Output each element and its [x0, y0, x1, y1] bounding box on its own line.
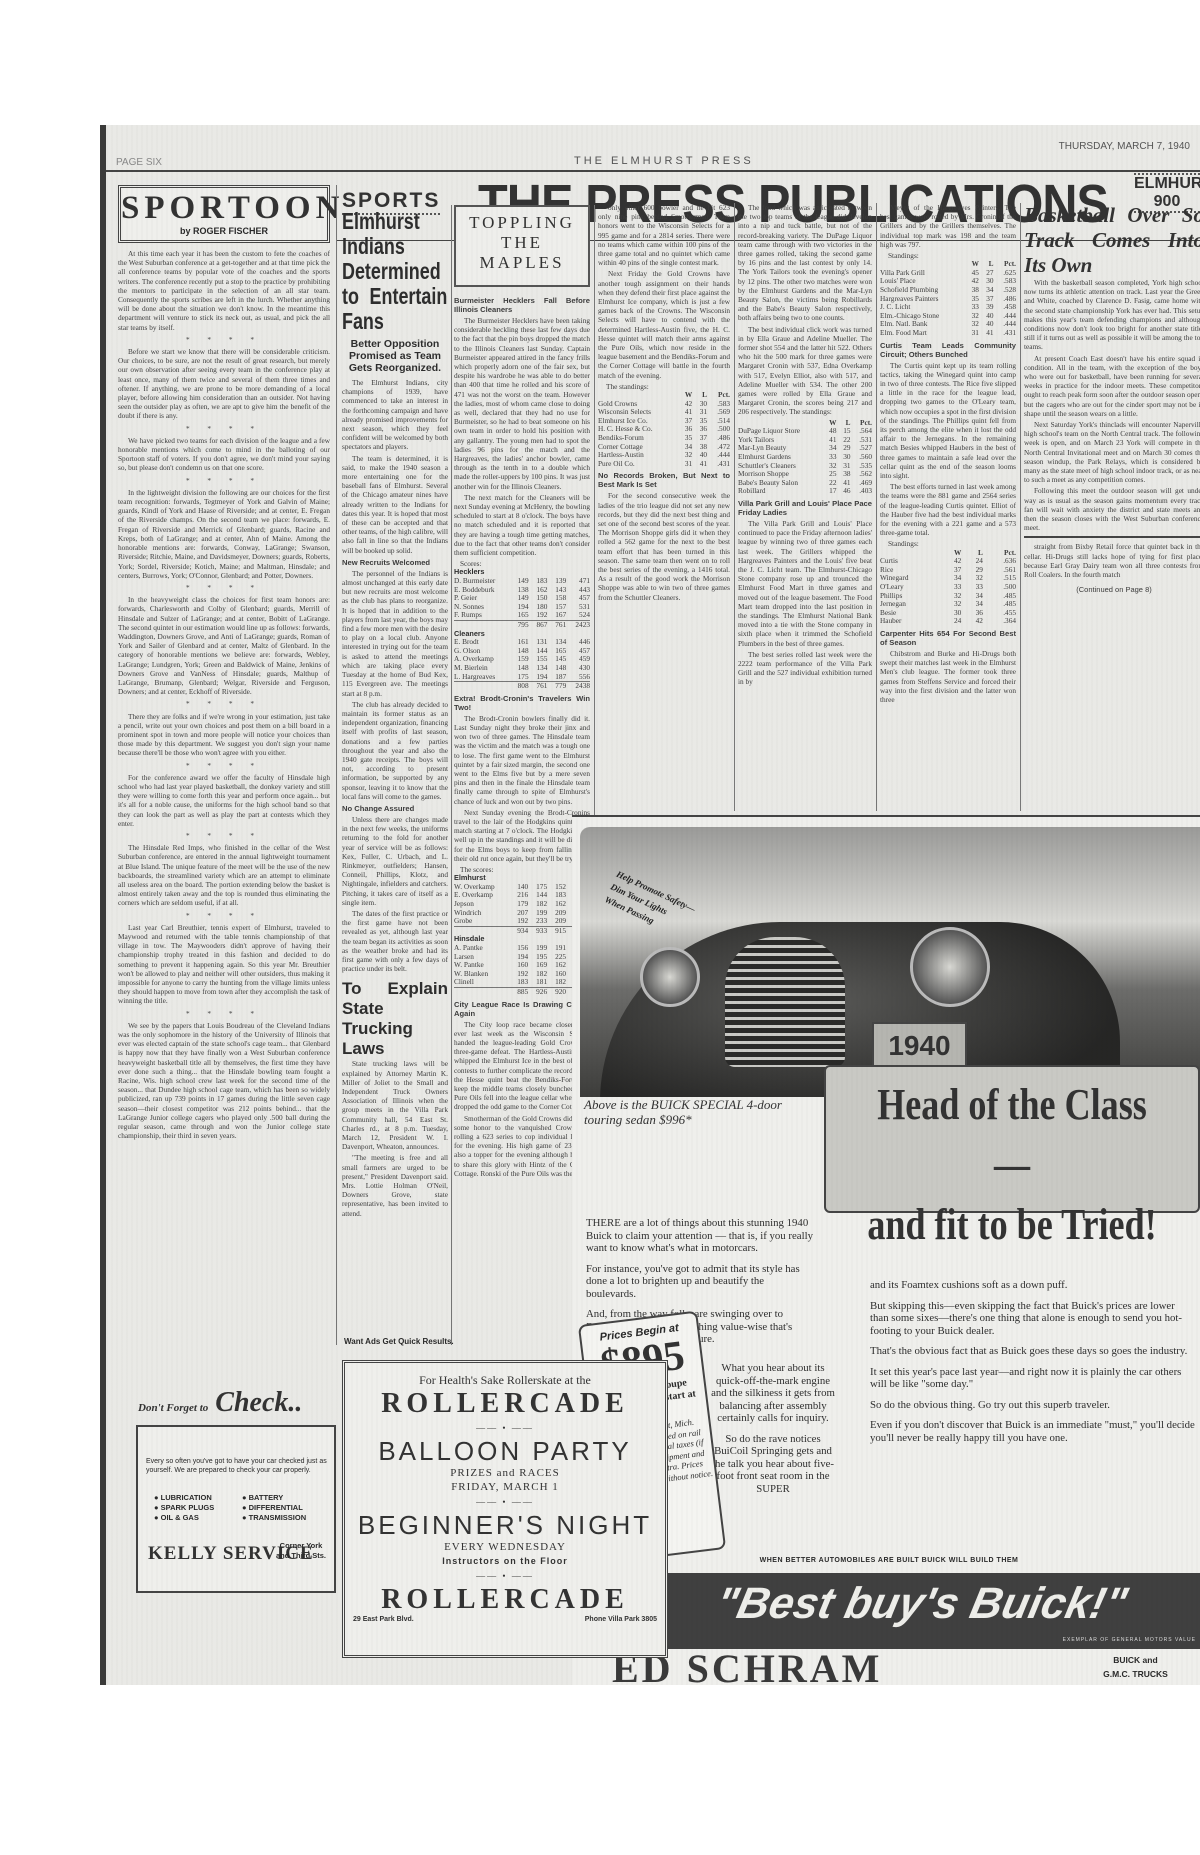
total: 795	[510, 621, 529, 630]
total: 779	[547, 682, 566, 691]
sportoon-paragraph: We see by the papers that Louis Boudreau…	[118, 1021, 330, 1141]
table-row: Pure Oil Co.3141.431	[598, 460, 730, 469]
sportoon-paragraph: At this time each year it has been the c…	[118, 249, 330, 332]
safety-slogan: Help Promote Safety— Dim Your Lights Whe…	[602, 867, 698, 941]
separator: * * * *	[118, 1009, 330, 1018]
table-row: Elm. Food Mart3141.431	[880, 329, 1016, 338]
article-paragraph: The City loop race became closer than ev…	[454, 1020, 590, 1112]
sportoon-paragraph: We have picked two teams for each divisi…	[118, 436, 330, 473]
trucking-headline: To Explain State Trucking Laws	[342, 979, 448, 1059]
column-divider	[1020, 203, 1021, 811]
paper-name: THE ELMHURST PRESS	[574, 155, 754, 167]
toppling-maples-box: TOPPLING THE MAPLES	[454, 205, 590, 287]
total: 920	[547, 987, 566, 996]
head-of-class-panel: Head of the Class— and fit to be Tried!	[824, 1065, 1200, 1213]
divider: —— • ——	[345, 1497, 665, 1507]
spacer	[454, 987, 509, 996]
total: 2438	[566, 682, 590, 691]
want-ads-footer: Want Ads Get Quick Results.	[344, 1337, 454, 1346]
separator: * * * *	[118, 424, 330, 433]
dealer-line: BUICK and	[1085, 1653, 1186, 1667]
article-paragraph: The Curtis quint kept up its team rollin…	[880, 361, 1016, 481]
community-league-standings-table: WLPct. Curtis4224.636 Rice3729.561 Wineg…	[880, 549, 1016, 626]
article-paragraph: Chibstrom and Burke and Hi-Drugs both sw…	[880, 649, 1016, 704]
article-paragraph: The team is determined, it is said, to m…	[342, 454, 448, 555]
headlamp-left	[640, 947, 700, 1007]
total: 934	[509, 926, 528, 935]
table-row: Robillard1746.403	[738, 487, 872, 496]
total: 933	[528, 926, 547, 935]
box-line: THE	[456, 233, 588, 253]
team: Robillard	[738, 487, 822, 496]
score: 233	[528, 917, 547, 926]
article-subhead: New Recruits Welcomed	[342, 558, 448, 567]
ad-paragraph: It set this year's pace last year—and ri…	[870, 1366, 1196, 1391]
rollercade-address: 29 East Park Blvd.	[353, 1616, 414, 1623]
article-subhead: No Records Broken, But Next to Best Mark…	[598, 471, 730, 489]
ad-copy-right: and its Foamtex cushions soft as a down …	[870, 1279, 1196, 1452]
ad-headline-1: Head of the Class—	[859, 1075, 1164, 1195]
sportoon-paragraph: Before we start we know that there will …	[118, 347, 330, 421]
rollercade-name: ROLLERCADE	[345, 1584, 665, 1616]
check-script: Don't Forget to Check..	[138, 1387, 302, 1419]
standings-label: Standings:	[880, 539, 1016, 548]
bowler: F. Rumps	[454, 611, 510, 620]
sportoon-paragraph: Last year Carl Breuthier, tennis expert …	[118, 923, 330, 1006]
article-paragraph: With the basketball season completed, Yo…	[1024, 278, 1200, 352]
column-divider	[336, 185, 337, 1345]
sportoon-paragraph: The Hinsdale Red Imps, who finished in t…	[118, 843, 330, 907]
sportoon-paragraph: There they are folks and if we're wrong …	[118, 712, 330, 758]
basketball-article: Basketball Over So Track Comes Into Its …	[1024, 203, 1200, 811]
indians-article: Elmhurst Indians Determined to Entertain…	[342, 209, 448, 1334]
box-line: TOPPLING	[456, 213, 588, 233]
standings-label: Standings:	[880, 251, 1016, 260]
article-paragraph: Next Saturday York's thinclads will enco…	[1024, 420, 1200, 484]
kelly-address: Corner York and Third Sts.	[276, 1541, 326, 1561]
standings-label: The standings:	[598, 382, 730, 391]
score: 192	[509, 917, 528, 926]
article-subhead: City League Race Is Drawing Closer Again	[454, 1000, 590, 1018]
article-paragraph: The best series rolled last week were th…	[738, 650, 872, 687]
ad-paragraph: THERE are a lot of things about this stu…	[586, 1217, 814, 1255]
service-item: TRANSMISSION	[242, 1513, 306, 1523]
ad-paragraph: Even if you don't discover that Buick is…	[870, 1419, 1196, 1444]
article-paragraph: only other 600 bowler and he hit 623 onl…	[598, 203, 730, 267]
newspaper-page: PAGE SIX THE ELMHURST PRESS THURSDAY, MA…	[100, 125, 1200, 1685]
exemplar-text: EXEMPLAR OF GENERAL MOTORS VALUE	[1063, 1637, 1196, 1643]
indians-headline: Elmhurst Indians Determined to Entertain…	[342, 209, 447, 334]
article-paragraph: The best individual click work was turne…	[738, 325, 872, 417]
separator: * * * *	[118, 476, 330, 485]
event-title: BALLOON PARTY	[345, 1436, 665, 1466]
losses: 41	[979, 329, 994, 338]
masthead: PAGE SIX THE ELMHURST PRESS THURSDAY, MA…	[106, 153, 1200, 167]
car-grille	[725, 937, 845, 1067]
article-paragraph: The Elmhurst Indians, city champions of …	[342, 378, 448, 452]
issue-date: THURSDAY, MARCH 7, 1940	[1059, 141, 1190, 152]
service-item: DIFFERENTIAL	[242, 1503, 306, 1513]
ad-paragraph: But skipping this—even skipping the fact…	[870, 1300, 1196, 1338]
bowler: Grobe	[454, 917, 509, 926]
total: 2423	[566, 621, 590, 630]
check-script-large: Check..	[215, 1387, 302, 1418]
total: 867	[529, 621, 548, 630]
elmhurst-hinsdale-scores-table: Elmhurst W. Overkamp140175152467 E. Over…	[454, 874, 590, 996]
losses: 46	[836, 487, 850, 496]
ladies-league-standings-table: WLPct. DuPage Liquor Store4815.564 York …	[738, 419, 872, 496]
article-subhead: Burmeister Hecklers Fall Before Illinois…	[454, 296, 590, 314]
divider: —— • ——	[345, 1423, 665, 1433]
article-paragraph: "The meeting is free and all small farme…	[342, 1153, 448, 1217]
event-sub: EVERY WEDNESDAY	[345, 1540, 665, 1554]
address-line: and Third Sts.	[276, 1551, 326, 1561]
article-subhead: Villa Park Grill and Louis' Place Pace F…	[738, 499, 872, 517]
service-item: OIL & GAS	[154, 1513, 214, 1523]
separator: * * * *	[118, 583, 330, 592]
article-paragraph: Next Sunday evening the Brodt-Cronins tr…	[454, 808, 590, 863]
sportoon-byline: by ROGER FISCHER	[121, 226, 327, 236]
table-header: WLPct.	[880, 549, 1016, 558]
hecklers-scores-table: Hecklers D. Burmeister149183139471 E. Bo…	[454, 568, 590, 690]
article-subhead: Curtis Team Leads Community Circuit; Oth…	[880, 341, 1016, 359]
basketball-headline: Basketball Over So Track Comes Into Its …	[1024, 203, 1200, 278]
service-item: SPARK PLUGS	[154, 1503, 214, 1513]
corner-tag-line1: ELMHURST	[1134, 175, 1200, 193]
article-paragraph: The next match for the Cleaners will be …	[454, 493, 590, 557]
pct: .364	[983, 617, 1016, 626]
friday-league-column: Meyer of the Hargreaves Painters. The be…	[880, 203, 1016, 811]
article-paragraph: The Burmeister Hecklers have been taking…	[454, 316, 590, 491]
article-paragraph: The Brodt-Cronin bowlers finally did it.…	[454, 714, 590, 806]
sportoon-paragraph: For the conference award we offer the fa…	[118, 773, 330, 828]
article-paragraph: Meyer of the Hargreaves Painters. The be…	[880, 203, 1016, 249]
indians-subhead: Better Opposition Promised as Team Gets …	[342, 338, 448, 374]
headlamp-right	[910, 927, 990, 1007]
car-photo: 1940 Help Promote Safety— Dim Your Light…	[580, 827, 1200, 1097]
separator: * * * *	[118, 335, 330, 344]
ad-copy-middle: What you hear about its quick-off-the-ma…	[710, 1362, 836, 1503]
pct: .403	[850, 487, 872, 496]
car-caption: Above is the BUICK SPECIAL 4-door tourin…	[584, 1097, 794, 1127]
license-plate: 1940	[872, 1022, 967, 1070]
article-paragraph: For the second consecutive week the ladi…	[598, 491, 730, 601]
rollercade-advertisement: For Health's Sake Rollerskate at the ROL…	[342, 1360, 668, 1658]
article-paragraph: The feud which was anticipated between t…	[738, 203, 872, 323]
address-line: Corner York	[276, 1541, 326, 1551]
rollercade-name: ROLLERCADE	[345, 1388, 665, 1420]
column-divider	[451, 205, 452, 1345]
totals-row: 8859269202731	[454, 987, 590, 996]
separator: * * * *	[118, 761, 330, 770]
wins: 17	[822, 487, 836, 496]
rollercade-footer: 29 East Park Blvd. Phone Villa Park 3805	[345, 1616, 665, 1623]
losses: 41	[692, 460, 707, 469]
sportoon-paragraph: In the heavyweight class the choices for…	[118, 595, 330, 696]
ad-headline-2: and fit to be Tried!	[859, 1195, 1164, 1255]
total: 761	[529, 682, 548, 691]
wins: 31	[964, 329, 979, 338]
column-divider	[876, 203, 877, 811]
total: 885	[509, 987, 528, 996]
event-sub: PRIZES and RACES	[345, 1466, 665, 1480]
total: 761	[547, 621, 566, 630]
event-date: FRIDAY, MARCH 1	[345, 1480, 665, 1494]
dealer-phone: PHONE ELMHURST 2797	[1085, 1681, 1186, 1685]
article-paragraph: Unless there are changes made in the nex…	[342, 815, 448, 907]
article-paragraph: The club has already decided to maintain…	[342, 700, 448, 801]
service-list-right: BATTERY DIFFERENTIAL TRANSMISSION	[242, 1493, 306, 1523]
team: Pure Oil Co.	[598, 460, 677, 469]
table-row: Curtis4224.636	[880, 557, 1016, 566]
ad-paragraph: What you hear about its quick-off-the-ma…	[710, 1362, 836, 1425]
service-list-left: LUBRICATION SPARK PLUGS OIL & GAS	[154, 1493, 214, 1523]
article-paragraph: At present Coach East doesn't have his e…	[1024, 354, 1200, 418]
article-paragraph: The Villa Park Grill and Louis' Place co…	[738, 519, 872, 648]
sportoon-paragraph: In the lightweight division the followin…	[118, 488, 330, 580]
city-league-standings-table: WLPct. Gold Crowns4230.583 Wisconsin Sel…	[598, 391, 730, 468]
article-subhead: Carpenter Hits 654 For Second Best of Se…	[880, 629, 1016, 647]
article-paragraph: Following this meet the outdoor season w…	[1024, 486, 1200, 532]
article-subhead: Extra! Brodt-Cronin's Travelers Win Two!	[454, 694, 590, 712]
pct: .431	[707, 460, 730, 469]
service-item: LUBRICATION	[154, 1493, 214, 1503]
column-divider	[734, 203, 735, 811]
pct: .431	[994, 329, 1017, 338]
city-league-column: only other 600 bowler and he hit 623 onl…	[598, 203, 730, 811]
ad-paragraph: and its Foamtex cushions soft as a down …	[870, 1279, 1196, 1292]
article-paragraph: The best efforts turned in last week amo…	[880, 482, 1016, 537]
sportoon-column: At this time each year it has been the c…	[118, 249, 330, 1379]
sportoon-header: SPORTOON by ROGER FISCHER	[118, 185, 330, 243]
best-buy-text: "Best buy's Buick!"	[712, 1579, 1132, 1629]
total: 808	[510, 682, 529, 691]
dealer-right: BUICK and G.M.C. TRUCKS PHONE ELMHURST 2…	[1085, 1653, 1186, 1685]
box-line: MAPLES	[456, 253, 588, 273]
article-paragraph: Smotherman of the Gold Crowns did bring …	[454, 1114, 590, 1178]
ad-paragraph: So do the rave notices BuiCoil Springing…	[710, 1433, 836, 1496]
article-paragraph: The personnel of the Indians is almost u…	[342, 569, 448, 698]
check-script-small: Don't Forget to	[138, 1402, 208, 1414]
total: 915	[547, 926, 566, 935]
divider	[1024, 536, 1200, 538]
bowler: L. Hargreaves	[454, 673, 510, 682]
rollercade-phone: Phone Villa Park 3805	[585, 1616, 657, 1623]
bowler: Clinell	[454, 978, 509, 987]
article-subhead: No Change Assured	[342, 804, 448, 813]
dealer-line: G.M.C. TRUCKS	[1085, 1667, 1186, 1681]
table-row: Hauber2442.364	[880, 617, 1016, 626]
separator: * * * *	[118, 831, 330, 840]
separator: * * * *	[118, 699, 330, 708]
wins: 24	[940, 617, 962, 626]
scan-margin	[0, 0, 1200, 120]
wins: 31	[677, 460, 692, 469]
sportoon-title: SPORTOON	[121, 190, 327, 226]
kelly-copy: Every so often you've got to have your c…	[146, 1457, 330, 1475]
score: 209	[547, 917, 566, 926]
team: Elm. Food Mart	[880, 329, 964, 338]
table-row: Jernegan3234.485	[880, 600, 1016, 609]
spacer	[454, 682, 510, 691]
total: 926	[528, 987, 547, 996]
continued-link[interactable]: (Continued on Page 8)	[1024, 585, 1200, 594]
table-row: Grobe192233209634	[454, 917, 590, 926]
article-paragraph: straight from Bixby Retail force that qu…	[1024, 542, 1200, 579]
friday-league-standings-table: WLPct. Villa Park Grill4527.625 Louis' P…	[880, 260, 1016, 337]
event-title: BEGINNER'S NIGHT	[345, 1510, 665, 1540]
ladies-league-column: The feud which was anticipated between t…	[738, 203, 872, 811]
event-note: Instructors on the Floor	[345, 1554, 665, 1568]
losses: 42	[961, 617, 983, 626]
ad-paragraph: So do the obvious thing. Go try out this…	[870, 1399, 1196, 1412]
ad-paragraph: For instance, you've got to admit that i…	[586, 1263, 814, 1301]
service-item: BATTERY	[242, 1493, 306, 1503]
team: Hauber	[880, 617, 940, 626]
ad-paragraph: That's the obvious fact that as Buick go…	[870, 1345, 1196, 1358]
article-paragraph: Next Friday the Gold Crowns have another…	[598, 269, 730, 379]
separator: * * * *	[118, 911, 330, 920]
page-label: PAGE SIX	[116, 157, 162, 168]
kelly-service-advertisement: Don't Forget to Check.. Every so often y…	[136, 1425, 336, 1593]
article-paragraph: The dates of the first practice or the f…	[342, 909, 448, 973]
totals-row: 8087617792438	[454, 682, 590, 691]
bowling-column: Burmeister Hecklers Fall Before Illinois…	[454, 293, 590, 1335]
rollercade-tagline: For Health's Sake Rollerskate at the	[345, 1373, 665, 1388]
article-paragraph: State trucking laws will be explained by…	[342, 1059, 448, 1151]
divider: —— • ——	[345, 1571, 665, 1581]
masthead-rule	[106, 170, 1200, 172]
